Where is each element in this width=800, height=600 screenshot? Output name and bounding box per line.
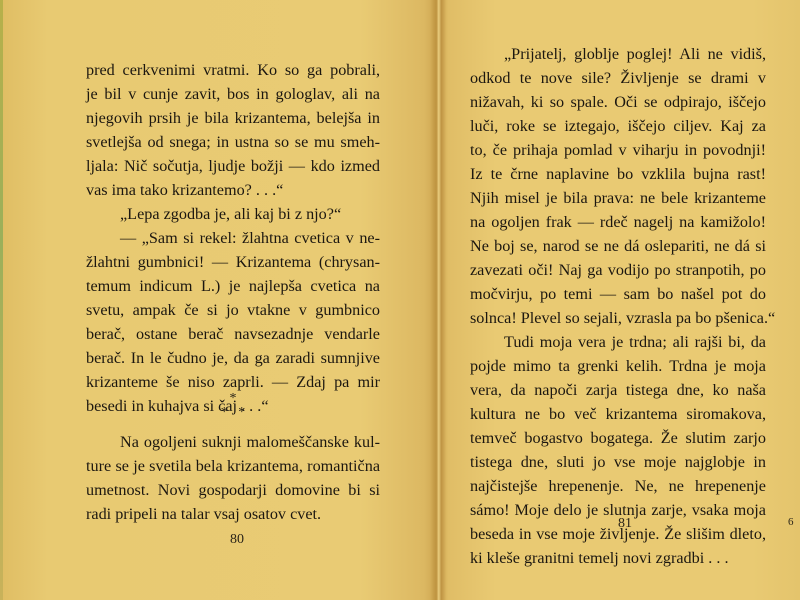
text-line: zavezati oči! Naj ga vodijo po stranpoti… [470,258,766,282]
asterism: * * * [86,392,380,420]
signature-mark: 6 [788,510,794,534]
text-line: njegovih prsih je bila krizantema, belej… [86,106,380,130]
text-line: je bil v cunje zavit, bos in gologlav, a… [86,82,380,106]
text-line: svetu, ampak če si jo vtakne v gumbnico [86,298,380,322]
text-line: Tudi moja vera je trdna; ali rajši bi, d… [470,330,766,354]
right-page: „Prijatelj, globlje poglej! Ali ne vidiš… [470,0,766,600]
page-number: 80 [230,528,244,552]
text-line: Ne boj se, narod se ne dá oslepariti, ne… [470,234,766,258]
text-line: umetnost. Novi gospodarji domovine bi si [86,478,380,502]
text-line: „Prijatelj, globlje poglej! Ali ne vidiš… [470,42,766,66]
text-line: pred cerkvenimi vratmi. Ko so ga pobrali… [86,58,380,82]
text-line: temum indicum L.) je najlepša cvetica na [86,274,380,298]
book-gutter [430,0,446,600]
page-number: 81 [618,512,632,536]
text-line: na ogoljen frak — rdeč nagelj na kamižol… [470,210,766,234]
text-line: „Lepa zgodba je, ali kaj bi z njo?“ [86,202,380,226]
text-line: svetlejša od snega; in ustna so se mu sm… [86,130,380,154]
text-line: ture se je svetila bela krizantema, roma… [86,454,380,478]
left-page-text-block-2: Na ogoljeni suknji malomeščanske kul-tur… [86,430,380,526]
text-line: najčistejše hrepenenje. Ne, ne hrepenenj… [470,474,766,498]
left-page: pred cerkvenimi vratmi. Ko so ga pobrali… [86,0,380,600]
text-line: Njih misel je bila prava: ne bele krizan… [470,186,766,210]
text-line: odkod te nove sile? Življenje se drami v [470,66,766,90]
text-line: berač, ostane berač navsezadnje vendarle [86,322,380,346]
text-line: močvirju, po temi — sam bo našel pot do [470,282,766,306]
right-page-text-block: „Prijatelj, globlje poglej! Ali ne vidiš… [470,42,766,570]
page-edge [0,0,3,600]
text-line: žlahtni gumbnici! — Krizantema (chrysan- [86,250,380,274]
text-line: ki kleše granitni temelj novi zgradbi . … [470,546,766,570]
text-line: Iz te črne naplavine bo vzklila bujna ra… [470,162,766,186]
text-line: pojde mimo ta grenki kelih. Trdna je moj… [470,354,766,378]
text-line: vera, da napoči zarja tistega dne, ko na… [470,378,766,402]
asterism-bottom: * * [86,406,380,420]
asterism-top: * [86,392,380,406]
text-line: temveč bogastvo bogatega. Že slutim zarj… [470,426,766,450]
text-line: berač. In le čudno je, da ga zaradi sumn… [86,346,380,370]
text-line: solnca! Plevel so sejali, vzrasla pa bo … [470,306,766,330]
text-line: luči, roke se iztegajo, iščejo ciljev. K… [470,114,766,138]
text-line: kultura ne bo več krizantema siromakova, [470,402,766,426]
left-page-text-block: pred cerkvenimi vratmi. Ko so ga pobrali… [86,58,380,418]
text-line: tistega dne, sluti jo vse moje najglobje… [470,450,766,474]
text-line: to, če prihaja pomlad v viharju in povod… [470,138,766,162]
text-line: — „Sam si rekel: žlahtna cvetica v ne- [86,226,380,250]
text-line: vas ima tako krizantemo? . . .“ [86,178,380,202]
text-line: nižavah, ki so spale. Oči se odpirajo, i… [470,90,766,114]
text-line: ljala: Nič sočutja, ljudje božji — kdo i… [86,154,380,178]
text-line: Na ogoljeni suknji malomeščanske kul- [86,430,380,454]
text-line: radi pripeli na talar vsaj osatov cvet. [86,502,380,526]
